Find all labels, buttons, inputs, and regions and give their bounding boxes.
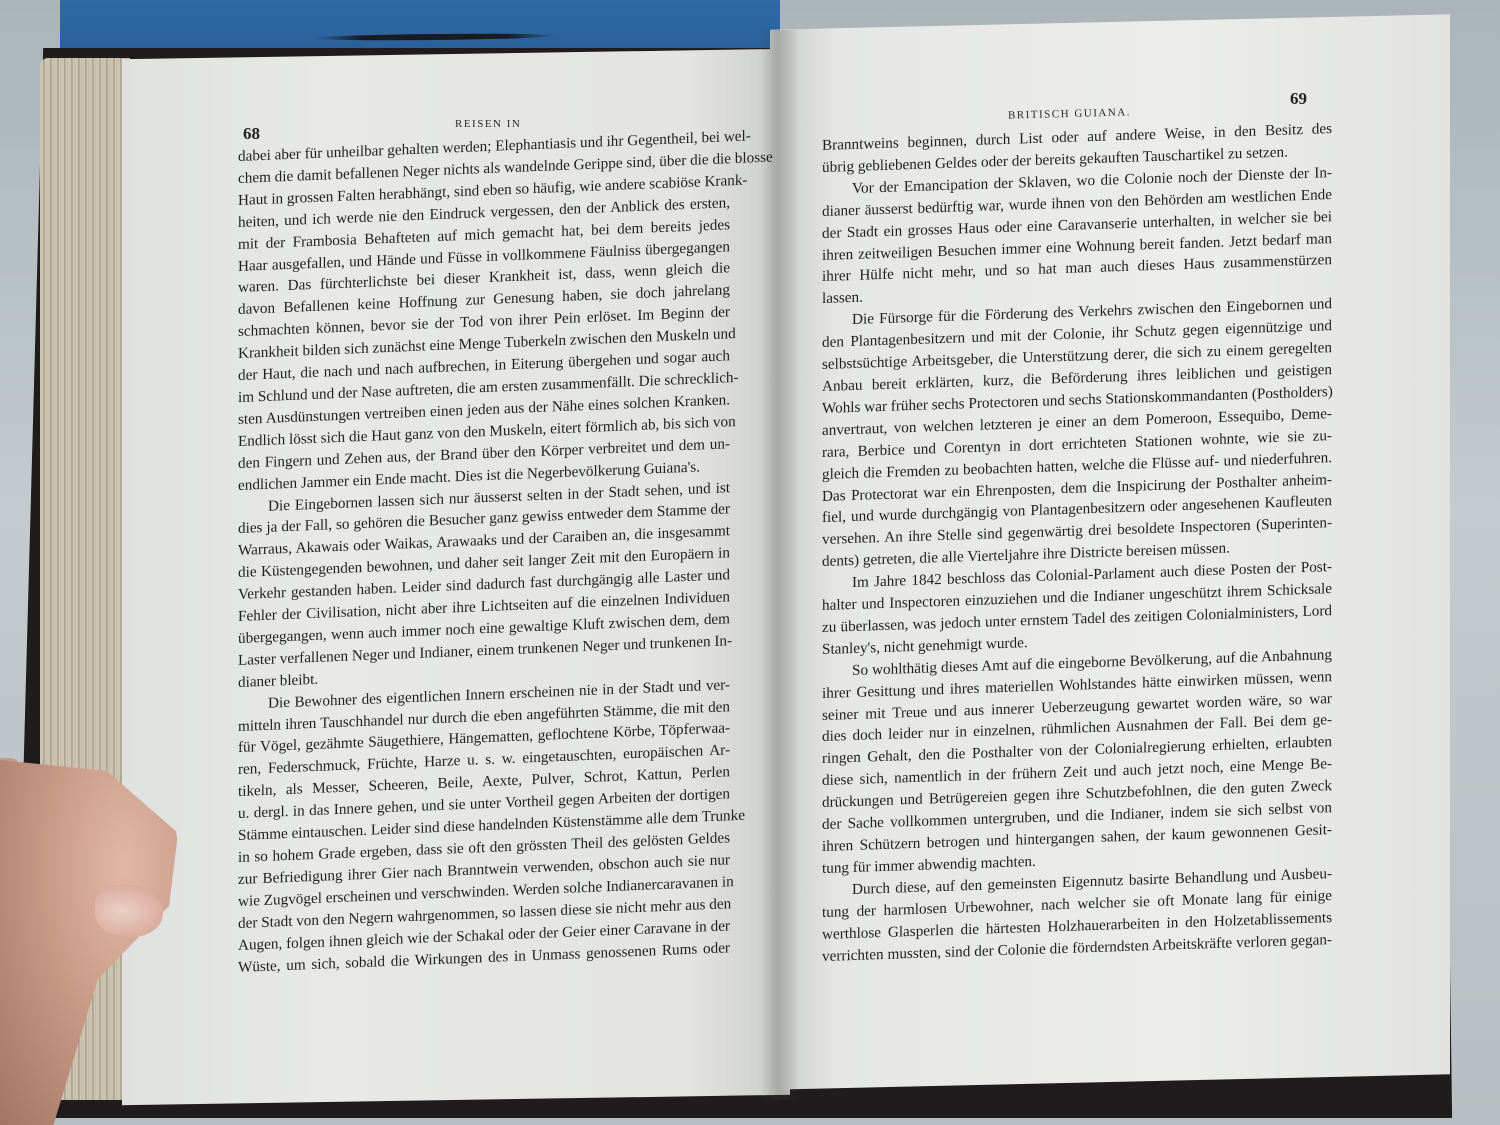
left-page-number: 68 xyxy=(243,124,260,144)
right-page-number: 69 xyxy=(1290,89,1307,109)
left-page-text: dabei aber für unheilbar gehalten werden… xyxy=(238,126,730,978)
book-gutter xyxy=(760,30,800,1100)
ornament-rule-icon xyxy=(315,33,555,42)
left-running-head: REISEN IN xyxy=(455,118,521,130)
right-page-text: Branntweins beginnen, durch List oder au… xyxy=(822,118,1332,967)
